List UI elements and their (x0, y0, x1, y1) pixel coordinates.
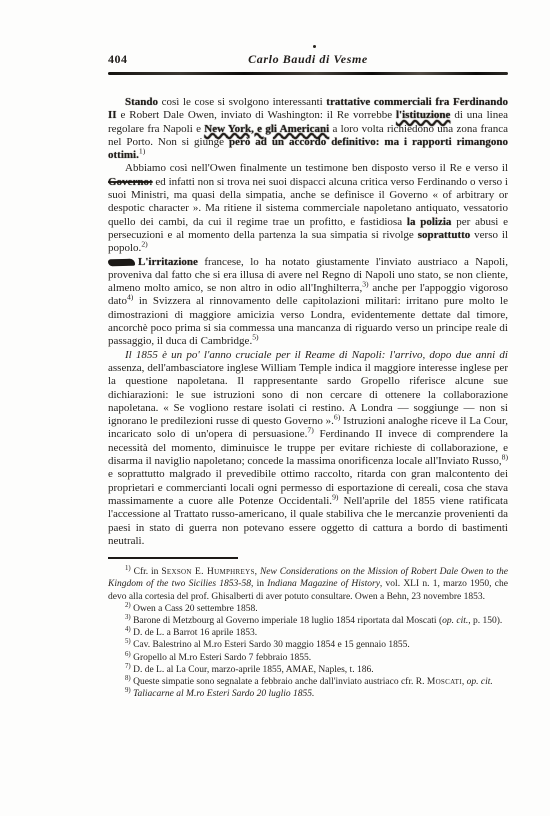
ink-blot (108, 258, 135, 266)
footnote: 3) Barone di Metzbourg al Governo imperi… (108, 615, 508, 627)
page-number: 404 (108, 52, 128, 67)
footnote-ref: 1) (139, 147, 145, 156)
paragraph: L'irritazione francese, lo ha notato giu… (108, 256, 508, 349)
footnote-marker: 6) (125, 650, 131, 657)
text-segment: e Robert Dale Owen, inviato di Washingto… (117, 109, 396, 121)
footnote-ref: 8) (502, 452, 508, 461)
scanned-book-page: 404 Carlo Baudi di Vesme Stando così le … (0, 0, 550, 816)
text-segment: D. de L. a Barrot 16 aprile 1853. (133, 628, 257, 638)
text-segment: op. cit. (467, 677, 493, 687)
footnote: 1) Cfr. in Sexson E. Humphreys, New Cons… (108, 566, 508, 603)
text-segment: Cfr. in (134, 567, 162, 577)
text-segment: Moscati (427, 677, 462, 687)
footnote: 5) Cav. Balestrino al M.ro Esteri Sardo … (108, 639, 508, 651)
page-header: 404 Carlo Baudi di Vesme (108, 52, 508, 67)
footnote: 2) Owen a Cass 20 settembre 1858. (108, 603, 508, 615)
text-segment: soprattutto (418, 229, 471, 241)
paragraph: Il 1855 è un po' l'anno cruciale per il … (108, 349, 508, 548)
footnote-marker: 1) (125, 565, 131, 572)
footnotes: 1) Cfr. in Sexson E. Humphreys, New Cons… (108, 566, 508, 700)
footnote: 8) Queste simpatie sono segnalate a febb… (108, 676, 508, 688)
ink-speck (313, 45, 316, 48)
footnote-ref: 5) (252, 333, 258, 342)
text-segment: in Svizzera al rinnovamento delle capito… (108, 295, 508, 347)
text-segment: Sexson E. Humphreys (161, 567, 254, 577)
footnote-marker: 3) (125, 614, 131, 621)
text-segment: Owen a Cass 20 settembre 1858. (133, 604, 258, 614)
text-segment: Governo: (108, 176, 153, 188)
footnote-marker: 7) (125, 663, 131, 670)
text-segment: L'irritazione (138, 256, 198, 268)
text-segment: la polizia (407, 216, 452, 228)
footnote: 4) D. de L. a Barrot 16 aprile 1853. (108, 627, 508, 639)
running-title: Carlo Baudi di Vesme (108, 52, 508, 67)
footnote: 9) Taliacarne al M.ro Esteri Sardo 20 lu… (108, 688, 508, 700)
footnote-marker: 4) (125, 626, 131, 633)
text-segment: Barone di Metzbourg al Governo imperiale… (133, 616, 442, 626)
footnote-marker: 8) (125, 675, 131, 682)
text-segment: op. cit. (442, 616, 468, 626)
paragraph: Abbiamo così nell'Owen finalmente un tes… (108, 162, 508, 255)
text-segment: Cav. Balestrino al M.ro Esteri Sardo 30 … (133, 640, 410, 650)
text-segment: Abbiamo così nell'Owen finalmente un tes… (125, 162, 508, 174)
body-text: Stando così le cose si svolgono interess… (108, 96, 508, 548)
text-segment: Stando (125, 96, 158, 108)
text-segment: Taliacarne al M.ro Esteri Sardo 20 lugli… (133, 689, 314, 699)
text-segment: Gropello al M.ro Esteri Sardo 7 febbraio… (133, 653, 311, 663)
text-segment: così le cose si svolgono interessanti (158, 96, 326, 108)
header-rule (108, 72, 508, 75)
footnote: 6) Gropello al M.ro Esteri Sardo 7 febbr… (108, 652, 508, 664)
footnote-marker: 2) (125, 602, 131, 609)
footnote-separator (108, 557, 238, 559)
text-segment: Indiana Magazine of History (267, 579, 380, 589)
text-segment: D. de L. al La Cour, marzo-aprile 1855, … (133, 665, 374, 675)
footnote-marker: 9) (125, 687, 131, 694)
text-segment: l'istituzione (396, 109, 450, 121)
footnote-ref: 2) (141, 240, 147, 249)
text-segment: , in (251, 579, 267, 589)
paragraph: Stando così le cose si svolgono interess… (108, 96, 508, 162)
text-segment: , p. 150). (468, 616, 502, 626)
text-segment: Queste simpatie sono segnalate a febbrai… (133, 677, 427, 687)
footnote: 7) D. de L. al La Cour, marzo-aprile 185… (108, 664, 508, 676)
text-segment: Il 1855 è un po' l'anno cruciale per il … (125, 349, 508, 361)
text-segment: New York, e gli Americani (204, 123, 329, 135)
footnote-marker: 5) (125, 638, 131, 645)
